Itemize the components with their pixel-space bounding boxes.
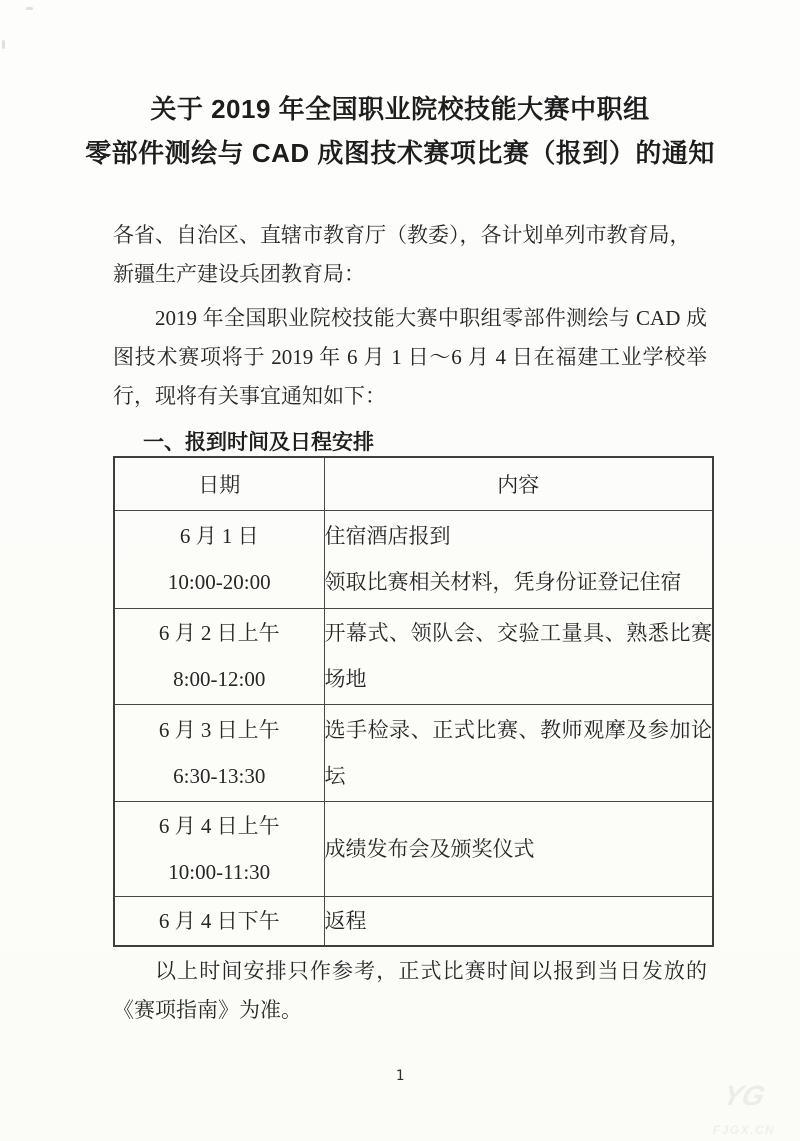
date-line: 6 月 2 日上午	[115, 610, 324, 656]
content-line: 领取比赛相关材料，凭身份证登记住宿	[325, 559, 713, 605]
date-cell: 6 月 4 日下午	[114, 896, 324, 946]
content-line: 住宿酒店报到	[325, 513, 713, 559]
date-line: 6 月 1 日	[115, 513, 324, 559]
watermark: YG FJGX.CN	[696, 1072, 792, 1137]
content-cell: 开幕式、领队会、交验工量具、熟悉比赛场地	[324, 608, 713, 704]
time-line: 8:00-12:00	[115, 656, 324, 702]
date-cell: 6 月 2 日上午 8:00-12:00	[114, 608, 324, 704]
scan-speck	[26, 7, 33, 10]
content-line: 返程	[325, 898, 713, 944]
document-title-line2: 零部件测绘与 CAD 成图技术赛项比赛（报到）的通知	[0, 131, 800, 175]
column-header-date: 日期	[114, 457, 324, 510]
document-title: 关于 2019 年全国职业院校技能大赛中职组 零部件测绘与 CAD 成图技术赛项…	[0, 87, 800, 175]
table-header-row: 日期 内容	[114, 457, 713, 510]
salutation: 各省、自治区、直辖市教育厅（教委），各计划单列市教育局， 新疆生产建设兵团教育局…	[113, 216, 707, 294]
intro-paragraph: 2019 年全国职业院校技能大赛中职组零部件测绘与 CAD 成图技术赛项将于 2…	[113, 299, 707, 416]
scan-speck	[2, 40, 5, 49]
content-cell: 选手检录、正式比赛、教师观摩及参加论坛	[324, 704, 713, 801]
salutation-line2: 新疆生产建设兵团教育局：	[113, 255, 707, 294]
page-number: 1	[0, 1068, 800, 1084]
date-line: 6 月 3 日上午	[115, 707, 324, 753]
schedule-table: 日期 内容 6 月 1 日 10:00-20:00 住宿酒店报到 领取比赛相关材…	[113, 456, 714, 947]
content-line: 选手检录、正式比赛、教师观摩及参加论坛	[325, 707, 713, 799]
table-row: 6 月 4 日下午 返程	[114, 896, 713, 946]
document-title-line1: 关于 2019 年全国职业院校技能大赛中职组	[0, 87, 800, 131]
date-line: 6 月 4 日上午	[115, 803, 324, 849]
date-cell: 6 月 4 日上午 10:00-11:30	[114, 801, 324, 896]
time-line: 10:00-11:30	[115, 849, 324, 895]
date-cell: 6 月 3 日上午 6:30-13:30	[114, 704, 324, 801]
date-line: 6 月 4 日下午	[115, 898, 324, 944]
table-row: 6 月 2 日上午 8:00-12:00 开幕式、领队会、交验工量具、熟悉比赛场…	[114, 608, 713, 704]
table-row: 6 月 1 日 10:00-20:00 住宿酒店报到 领取比赛相关材料，凭身份证…	[114, 510, 713, 608]
table-row: 6 月 4 日上午 10:00-11:30 成绩发布会及颁奖仪式	[114, 801, 713, 896]
content-line: 成绩发布会及颁奖仪式	[325, 826, 713, 872]
content-cell: 住宿酒店报到 领取比赛相关材料，凭身份证登记住宿	[324, 510, 713, 608]
closing-paragraph: 以上时间安排只作参考，正式比赛时间以报到当日发放的《赛项指南》为准。	[113, 952, 707, 1030]
column-header-content: 内容	[324, 457, 713, 510]
content-cell: 返程	[324, 896, 713, 946]
table-row: 6 月 3 日上午 6:30-13:30 选手检录、正式比赛、教师观摩及参加论坛	[114, 704, 713, 801]
scanned-document-page: 关于 2019 年全国职业院校技能大赛中职组 零部件测绘与 CAD 成图技术赛项…	[0, 0, 800, 1141]
salutation-line1: 各省、自治区、直辖市教育厅（教委），各计划单列市教育局，	[113, 216, 707, 255]
content-cell: 成绩发布会及颁奖仪式	[324, 801, 713, 896]
content-line: 开幕式、领队会、交验工量具、熟悉比赛场地	[325, 610, 713, 702]
time-line: 10:00-20:00	[115, 559, 324, 605]
watermark-site-text: FJGX.CN	[696, 1123, 792, 1137]
section-heading: 一、报到时间及日程安排	[143, 426, 374, 456]
time-line: 6:30-13:30	[115, 753, 324, 799]
date-cell: 6 月 1 日 10:00-20:00	[114, 510, 324, 608]
watermark-logo-icon: YG	[709, 1072, 779, 1120]
